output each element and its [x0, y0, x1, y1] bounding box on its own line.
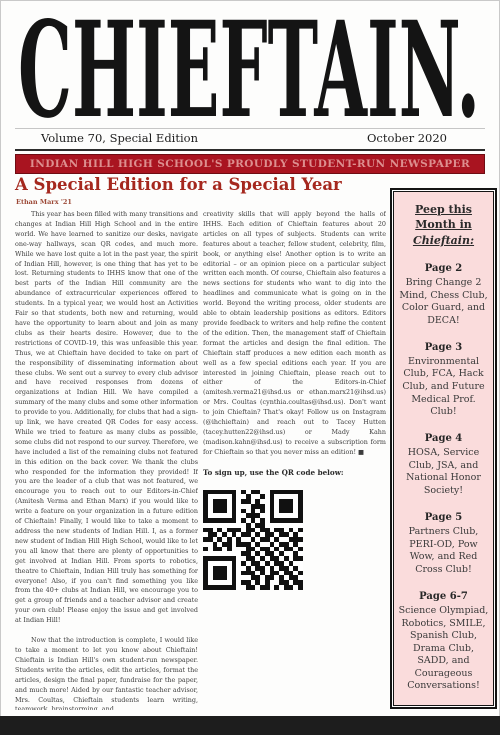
volume-label: Volume 70, Special Edition	[41, 131, 198, 145]
signup-callout: To sign up, use the QR code below:	[203, 468, 386, 478]
page-label: Page 5	[398, 511, 489, 524]
sidebar-section-page2: Page 2 Bring Change 2 Mind, Chess Club, …	[398, 262, 489, 327]
tagline-text: INDIAN HILL HIGH SCHOOL'S PROUDLY STUDEN…	[30, 158, 470, 170]
page-clubs: HOSA, Service Club, JSA, and National Ho…	[406, 447, 481, 496]
sidebar-title: Peep this Month in Chieftain:	[398, 202, 489, 248]
page-clubs: Partners Club, PERI-OD, Pow Wow, and Red…	[409, 526, 479, 575]
sidebar-section-page5: Page 5 Partners Club, PERI-OD, Pow Wow, …	[398, 511, 489, 576]
contents-sidebar: Peep this Month in Chieftain: Page 2 Bri…	[390, 188, 497, 709]
masthead-title: CHIEFTAIN.	[18, 8, 480, 130]
page-label: Page 6-7	[398, 590, 489, 603]
issue-date: October 2020	[367, 131, 447, 145]
sidebar-title-line1: Peep this Month in	[398, 202, 489, 233]
article-column-2: creativity skills that will apply beyond…	[203, 210, 386, 710]
article-column-1: This year has been filled with many tran…	[15, 210, 198, 710]
paragraph: This year has been filled with many tran…	[15, 210, 198, 626]
sidebar-section-page3: Page 3 Environmental Club, FCA, Hack Clu…	[398, 341, 489, 419]
page-label: Page 2	[398, 262, 489, 275]
masthead-divider-bottom	[15, 149, 485, 151]
page-clubs: Environmental Club, FCA, Hack Club, and …	[402, 356, 484, 417]
page-label: Page 4	[398, 432, 489, 445]
article-headline: A Special Edition for a Special Year	[15, 175, 395, 194]
paragraph: creativity skills that will apply beyond…	[203, 210, 386, 458]
contents-sidebar-inner: Peep this Month in Chieftain: Page 2 Bri…	[393, 191, 494, 706]
volume-row: Volume 70, Special Edition October 2020	[15, 131, 485, 145]
sidebar-section-page4: Page 4 HOSA, Service Club, JSA, and Nati…	[398, 432, 489, 497]
page-clubs: Science Olympiad, Robotics, SMILE, Spani…	[399, 605, 489, 691]
masthead-divider-top	[15, 128, 485, 129]
paragraph: Now that the introduction is complete, I…	[15, 636, 198, 710]
page-clubs: Bring Change 2 Mind, Chess Club, Color G…	[399, 277, 487, 326]
newspaper-page: CHIEFTAIN. Volume 70, Special Edition Oc…	[0, 0, 500, 735]
article-byline: Ethan Marx '21	[16, 198, 72, 206]
bottom-scan-band	[0, 716, 500, 735]
page-label: Page 3	[398, 341, 489, 354]
sidebar-title-line2: Chieftain:	[398, 233, 489, 248]
sidebar-section-page6-7: Page 6-7 Science Olympiad, Robotics, SMI…	[398, 590, 489, 693]
tagline-banner: INDIAN HILL HIGH SCHOOL'S PROUDLY STUDEN…	[15, 154, 485, 174]
qr-code	[203, 490, 303, 590]
masthead: CHIEFTAIN.	[15, 8, 485, 130]
